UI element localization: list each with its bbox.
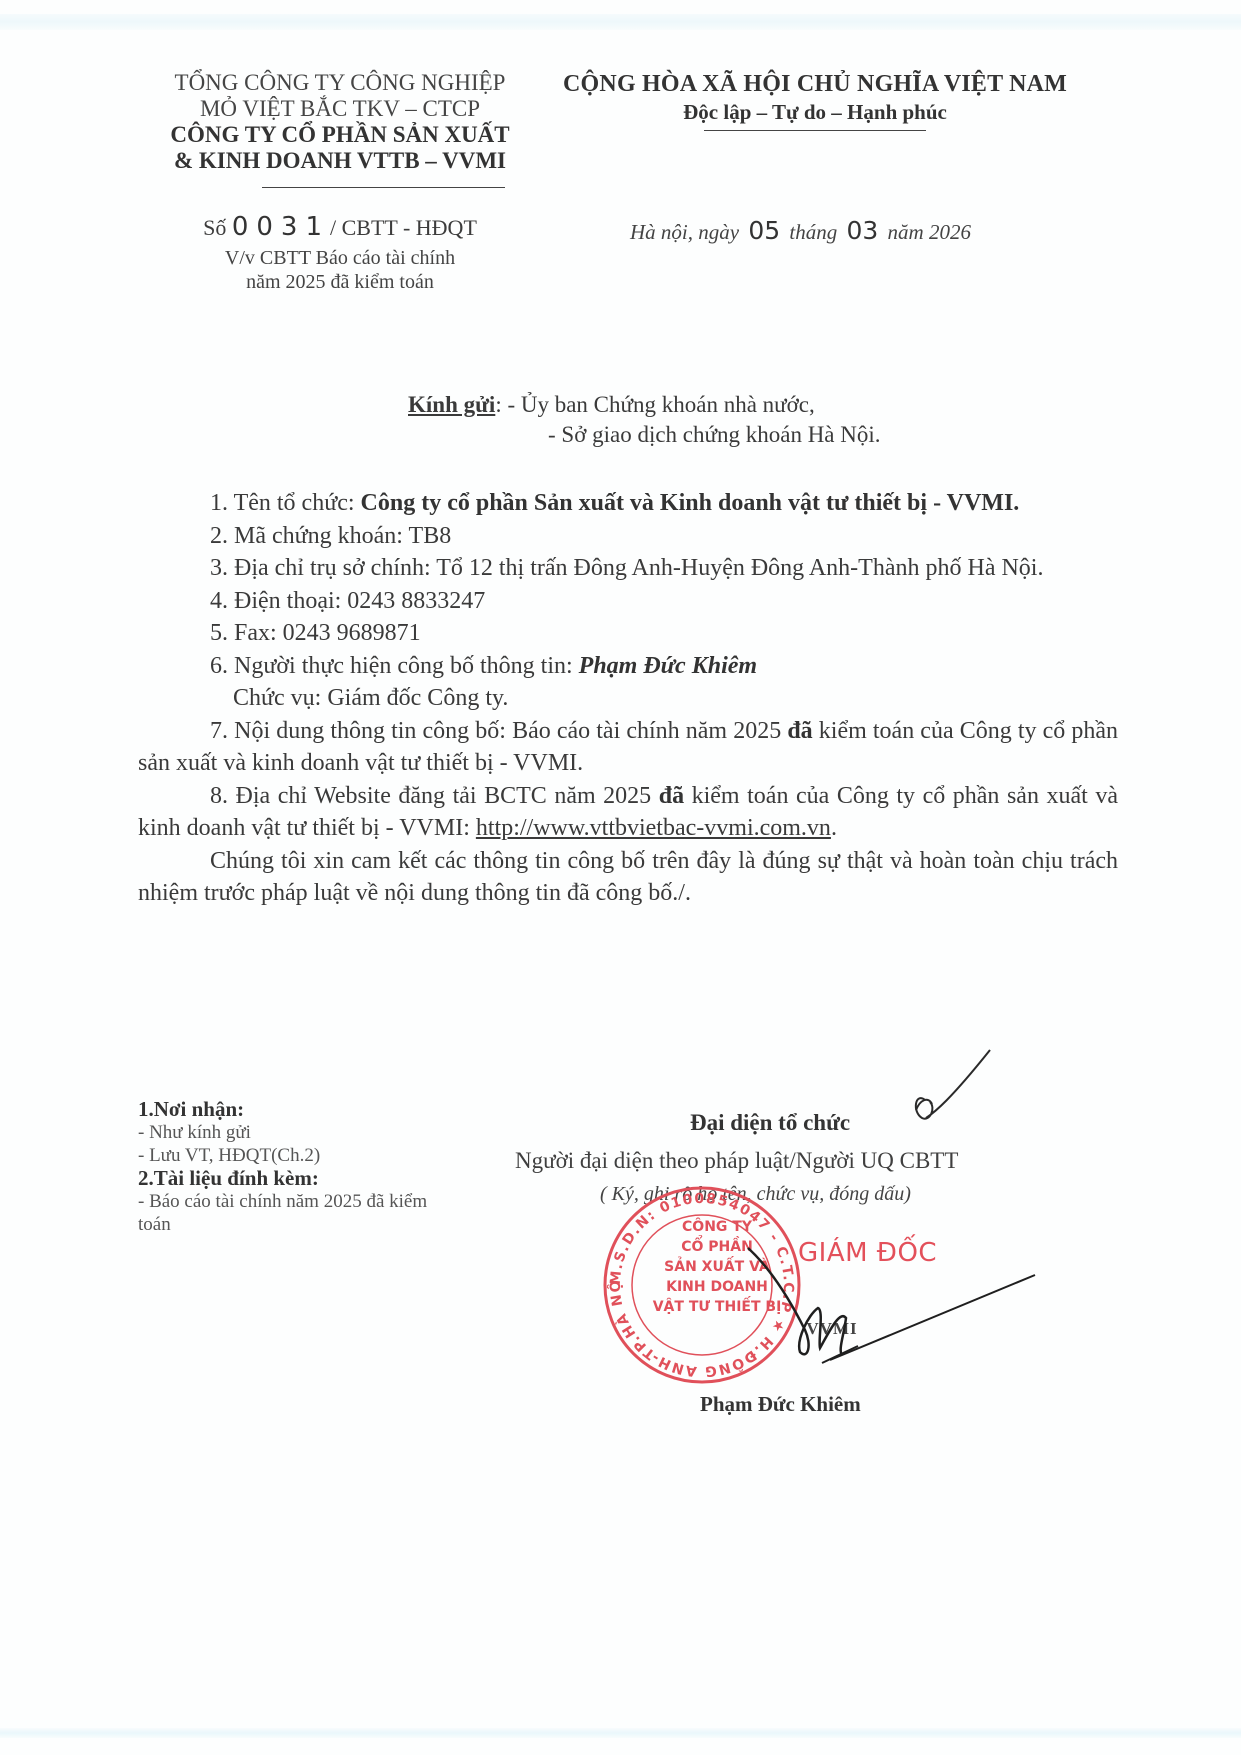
addressee-1: - Ủy ban Chứng khoán nhà nước, [507, 392, 814, 417]
item-7-text-a: 7. Nội dung thông tin công bố: Báo cáo t… [210, 718, 787, 744]
nation-title: CỘNG HÒA XÃ HỘI CHỦ NGHĨA VIỆT NAM [545, 70, 1085, 98]
attachment-1: - Báo cáo tài chính năm 2025 đã kiểm toá… [138, 1190, 458, 1236]
national-motto: Độc lập – Tự do – Hạnh phúc [545, 98, 1085, 126]
recipients-heading: 1.Nơi nhận: [138, 1098, 458, 1121]
item-3: 3. Địa chỉ trụ sở chính: Tổ 12 thị trấn … [138, 552, 1118, 585]
item-2: 2. Mã chứng khoán: TB8 [138, 520, 1118, 553]
disclosure-body: 1. Tên tổ chức: Công ty cổ phần Sản xuất… [138, 487, 1118, 910]
item-8-text-b: đã [659, 783, 684, 809]
item-4: 4. Điện thoại: 0243 8833247 [138, 585, 1118, 618]
date-year-label: năm [888, 220, 924, 244]
parent-company-line2: MỎ VIỆT BẮC TKV – CTCP [150, 96, 530, 122]
subject-line2: năm 2025 đã kiểm toán [160, 270, 520, 294]
attachments-heading: 2.Tài liệu đính kèm: [138, 1167, 458, 1190]
commitment: Chúng tôi xin cam kết các thông tin công… [138, 845, 1118, 910]
date-month: 03 [846, 216, 878, 245]
item-8: 8. Địa chỉ Website đăng tải BCTC năm 202… [138, 780, 1118, 845]
item-6: 6. Người thực hiện công bố thông tin: Ph… [138, 650, 1118, 683]
company-line2: & KINH DOANH VTTB – VVMI [150, 148, 530, 174]
item-6-position: Chức vụ: Giám đốc Công ty. [138, 682, 1118, 715]
motto-underline [704, 130, 926, 131]
date-day: 05 [748, 216, 780, 245]
director-title-stamp: GIÁM ĐỐC [798, 1238, 937, 1268]
scan-artifact-bottom [0, 1728, 1241, 1738]
signatory-name: Phạm Đức Khiêm [700, 1392, 861, 1417]
seal-line-3: SẢN XUẤT VÀ [652, 1257, 782, 1277]
item-8-end: . [831, 815, 837, 841]
item-1-label: 1. Tên tổ chức: [210, 490, 361, 516]
website-link[interactable]: http://www.vttbvietbac-vvmi.com.vn [476, 815, 831, 841]
number-value: 0031 [232, 212, 330, 242]
item-7: 7. Nội dung thông tin công bố: Báo cáo t… [138, 715, 1118, 780]
item-6-label: 6. Người thực hiện công bố thông tin: [210, 653, 579, 679]
document-number: Số 0031/ CBTT - HĐQT [160, 214, 520, 241]
header-left-underline [262, 187, 505, 188]
recipients-block: 1.Nơi nhận: - Như kính gửi - Lưu VT, HĐQ… [138, 1098, 458, 1236]
seal-line-2: CỔ PHẦN [652, 1237, 782, 1257]
disclosure-person: Phạm Đức Khiêm [579, 653, 757, 679]
issuer-header: TỔNG CÔNG TY CÔNG NGHIỆP MỎ VIỆT BẮC TKV… [150, 70, 530, 174]
date-month-label: tháng [789, 220, 837, 244]
date-place: Hà nội, ngày [630, 220, 739, 244]
seal-line-4: KINH DOANH [652, 1277, 782, 1297]
document-subject: V/v CBTT Báo cáo tài chính năm 2025 đã k… [160, 246, 520, 294]
number-suffix: / CBTT - HĐQT [330, 215, 477, 240]
recipient-1: - Như kính gửi [138, 1121, 458, 1144]
document-date: Hà nội, ngày 05 tháng 03 năm 2026 [630, 216, 971, 245]
subject-line1: V/v CBTT Báo cáo tài chính [160, 246, 520, 270]
item-1: 1. Tên tổ chức: Công ty cổ phần Sản xuất… [138, 487, 1118, 520]
company-line1: CÔNG TY CỔ PHẦN SẢN XUẤT [150, 122, 530, 148]
addressee-label: Kính gửi [408, 392, 495, 417]
recipient-2: - Lưu VT, HĐQT(Ch.2) [138, 1144, 458, 1167]
seal-brand: VVMI [652, 1317, 1012, 1341]
number-prefix: Số [203, 215, 226, 240]
signature-heading: Đại diện tổ chức [690, 1110, 850, 1136]
addressee-2: - Sở giao dịch chứng khoán Hà Nội. [548, 422, 881, 448]
signature-role: Người đại diện theo pháp luật/Người UQ C… [515, 1148, 958, 1174]
seal-line-5: VẬT TƯ THIẾT BỊ [652, 1297, 782, 1317]
seal-line-1: CÔNG TY [652, 1217, 782, 1237]
seal-center-text: CÔNG TY CỔ PHẦN SẢN XUẤT VÀ KINH DOANH V… [652, 1217, 782, 1341]
national-header: CỘNG HÒA XÃ HỘI CHỦ NGHĨA VIỆT NAM Độc l… [545, 70, 1085, 126]
date-year: 2026 [929, 220, 971, 244]
parent-company-line1: TỔNG CÔNG TY CÔNG NGHIỆP [150, 70, 530, 96]
scan-artifact-top [0, 14, 1241, 30]
item-8-text-a: 8. Địa chỉ Website đăng tải BCTC năm 202… [210, 783, 659, 809]
addressees: Kính gửi: - Ủy ban Chứng khoán nhà nước, [408, 390, 815, 420]
organization-name: Công ty cổ phần Sản xuất và Kinh doanh v… [361, 490, 1020, 516]
item-7-text-b: đã [787, 718, 812, 744]
item-5: 5. Fax: 0243 9689871 [138, 617, 1118, 650]
